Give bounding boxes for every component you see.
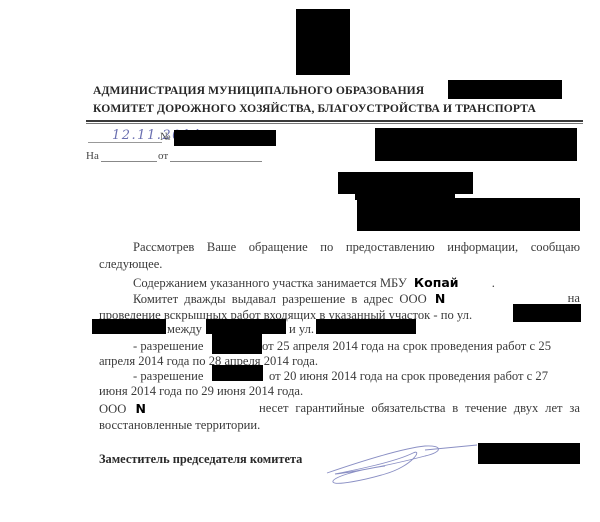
permit2-number-redacted — [212, 365, 263, 381]
addressee-line2-redacted — [338, 172, 473, 194]
guarantee-text: несет гарантийные обязательства в течени… — [259, 401, 580, 416]
from-blank-line — [170, 161, 262, 162]
signatory-name-redacted — [478, 443, 580, 464]
document-number-redacted — [174, 130, 276, 146]
and-street-label: и ул. — [289, 322, 314, 337]
maintainer-text: Содержанием указанного участка занимаетс… — [133, 276, 407, 290]
permits-text: Комитет дважды выдавал разрешение в адре… — [133, 292, 427, 306]
on-label: На — [86, 150, 99, 162]
addressee-line3-redacted — [357, 198, 580, 231]
signatory-title: Заместитель председателя комитета — [99, 452, 302, 467]
permit2-line2: июня 2014 года по 29 июня 2014 года. — [99, 384, 303, 399]
permit2-prefix: - разрешение — [133, 369, 203, 384]
paragraph-intro-line2: следующее. — [99, 257, 162, 272]
permits-org: N — [435, 291, 445, 306]
street1-redacted-b — [92, 319, 166, 334]
guarantee-org: N — [135, 401, 145, 416]
street2-redacted — [206, 319, 286, 334]
maintainer-period: . — [492, 276, 495, 290]
paragraph-maintainer: Содержанием указанного участка занимаетс… — [133, 275, 495, 291]
header-rule — [86, 120, 583, 122]
guarantee-ooo: ООО — [99, 402, 126, 416]
permit1-line2: апреля 2014 года по 28 апреля 2014 года. — [99, 354, 318, 369]
guarantee-line1: ООО N несет гарантийные обязательства в … — [99, 401, 580, 417]
guarantee-line2: восстановленные территории. — [99, 418, 260, 433]
addressee-line3-notch — [355, 192, 455, 200]
maintainer-org: Копай — [414, 275, 459, 290]
on-blank-line — [101, 161, 157, 162]
header-administration: АДМИНИСТРАЦИЯ МУНИЦИПАЛЬНОГО ОБРАЗОВАНИЯ — [93, 84, 424, 97]
header-rule-secondary — [86, 123, 583, 124]
header-committee: КОМИТЕТ ДОРОЖНОГО ХОЗЯЙСТВА, БЛАГОУСТРОЙ… — [93, 102, 536, 115]
from-label: от — [158, 150, 168, 162]
permit1-line1: от 25 апреля 2014 года на срок проведени… — [262, 339, 551, 354]
handwritten-signature-icon — [325, 440, 485, 490]
date-underline — [88, 142, 162, 143]
street1-redacted-a — [513, 304, 581, 322]
number-label: № — [160, 131, 171, 143]
permit1-prefix: - разрешение — [133, 339, 203, 354]
permit1-number-redacted — [212, 334, 262, 354]
municipality-name-redacted — [448, 80, 562, 99]
between-label: между — [167, 322, 202, 337]
emblem-redacted — [296, 9, 350, 75]
paragraph-intro-line1: Рассмотрев Ваше обращение по предоставле… — [133, 240, 580, 255]
street3-redacted — [316, 319, 416, 334]
permit2-line1: от 20 июня 2014 года на срок проведения … — [269, 369, 548, 384]
addressee-line1-redacted — [375, 128, 577, 161]
